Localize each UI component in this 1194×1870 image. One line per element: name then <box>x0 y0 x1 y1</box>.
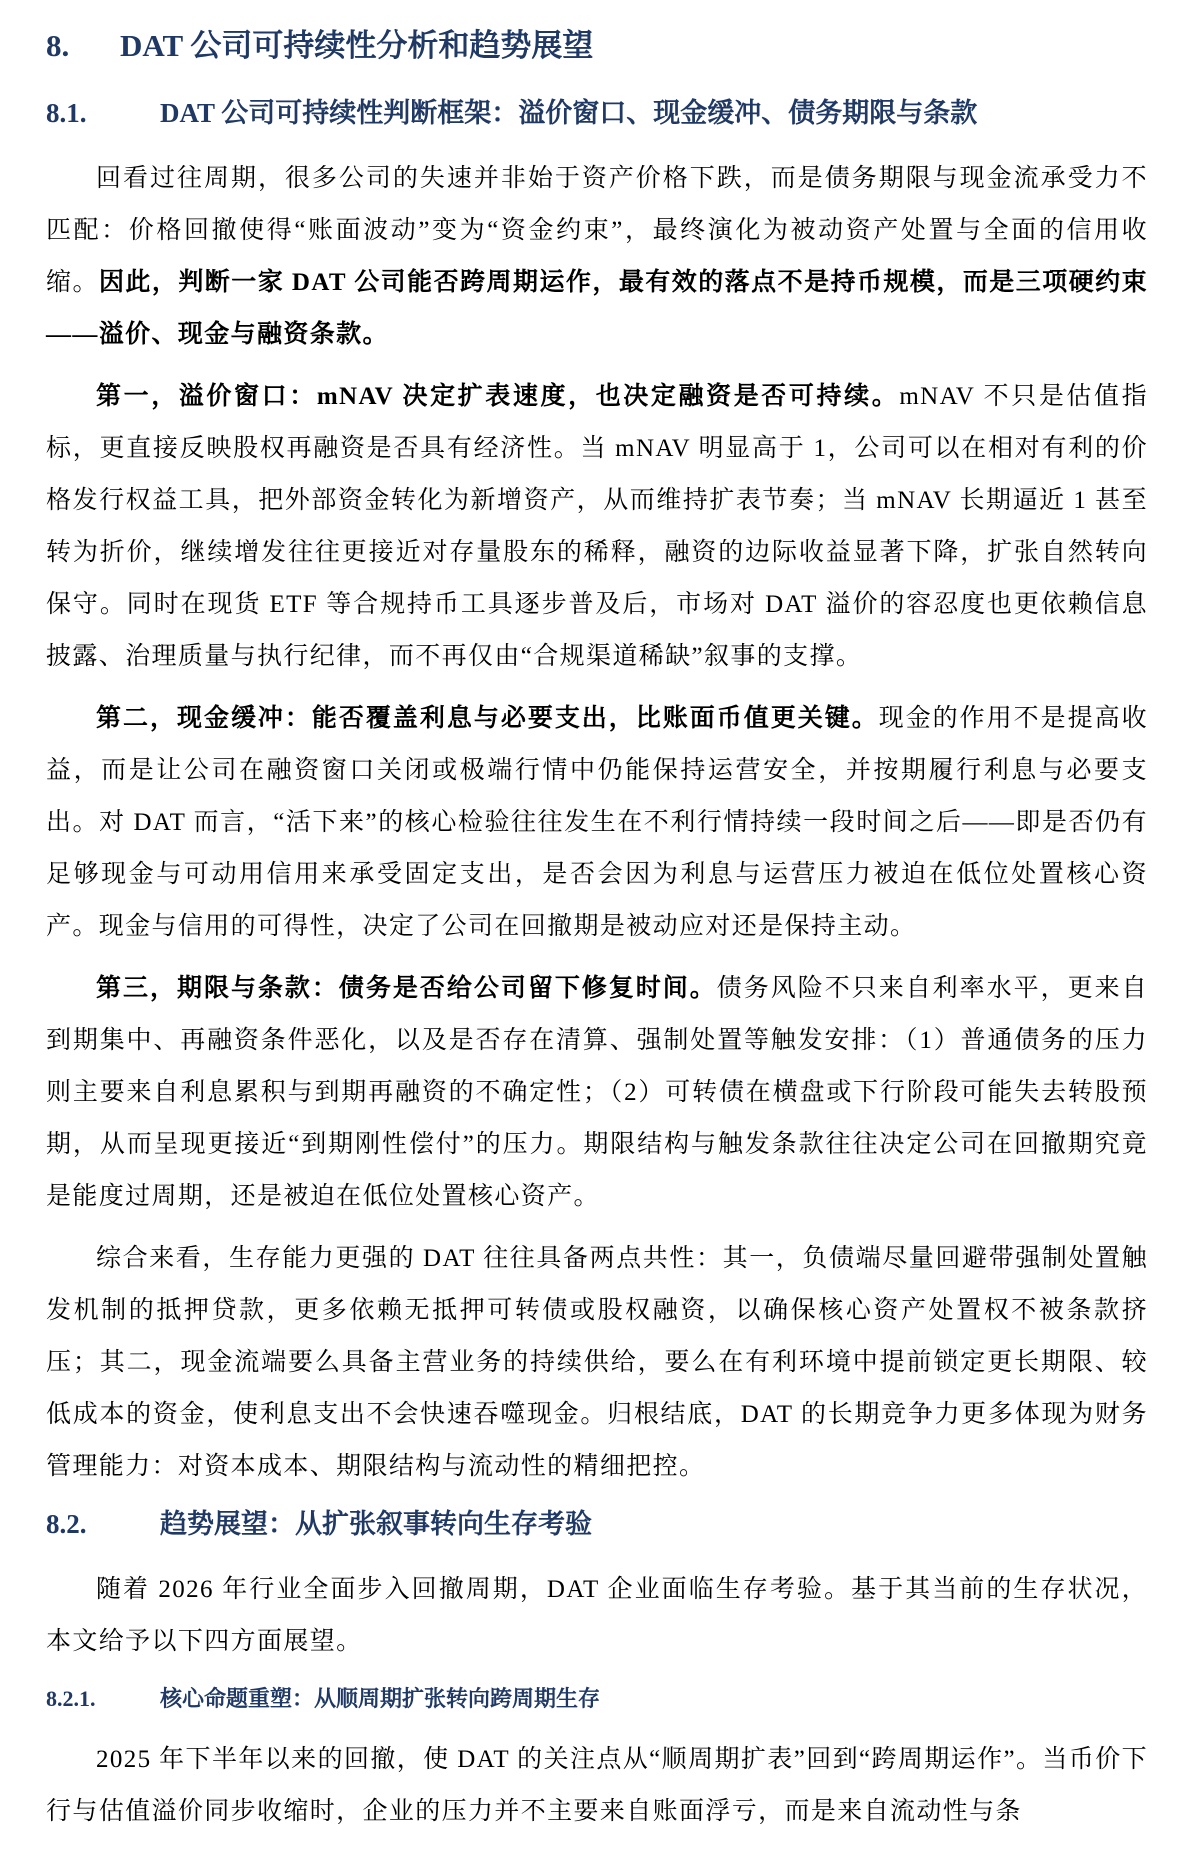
heading-number: 8.1. <box>46 96 160 131</box>
heading-8-1: 8.1.DAT 公司可持续性判断框架：溢价窗口、现金缓冲、债务期限与条款 <box>46 96 1148 131</box>
body-paragraph: 随着 2026 年行业全面步入回撤周期，DAT 企业面临生存考验。基于其当前的生… <box>46 1564 1148 1668</box>
heading-number: 8.2.1. <box>46 1684 160 1714</box>
heading-title: DAT 公司可持续性判断框架：溢价窗口、现金缓冲、债务期限与条款 <box>160 98 977 128</box>
heading-number: 8. <box>46 26 120 66</box>
body-paragraph: 综合来看，生存能力更强的 DAT 往往具备两点共性：其一，负债端尽量回避带强制处… <box>46 1233 1148 1493</box>
text-run: 债务风险不只来自利率水平，更来自到期集中、再融资条件恶化，以及是否存在清算、强制… <box>46 975 1148 1210</box>
document-page: 8.DAT 公司可持续性分析和趋势展望8.1.DAT 公司可持续性判断框架：溢价… <box>0 0 1194 1870</box>
body-paragraph: 第三，期限与条款：债务是否给公司留下修复时间。债务风险不只来自利率水平，更来自到… <box>46 963 1148 1223</box>
text-run: 2025 年下半年以来的回撤，使 DAT 的关注点从“顺周期扩表”回到“跨周期运… <box>46 1746 1148 1825</box>
text-run: 现金的作用不是提高收益，而是让公司在融资窗口关闭或极端行情中仍能保持运营安全，并… <box>46 705 1148 940</box>
bold-text-run: 因此，判断一家 DAT 公司能否跨周期运作，最有效的落点不是持币规模，而是三项硬… <box>46 269 1148 348</box>
document-body: 8.DAT 公司可持续性分析和趋势展望8.1.DAT 公司可持续性判断框架：溢价… <box>46 26 1148 1838</box>
heading-8-2: 8.2.趋势展望：从扩张叙事转向生存考验 <box>46 1507 1148 1542</box>
body-paragraph: 回看过往周期，很多公司的失速并非始于资产价格下跌，而是债务期限与现金流承受力不匹… <box>46 153 1148 361</box>
heading-title: DAT 公司可持续性分析和趋势展望 <box>120 28 593 63</box>
text-run: 随着 2026 年行业全面步入回撤周期，DAT 企业面临生存考验。基于其当前的生… <box>46 1576 1148 1655</box>
heading-8-2-1: 8.2.1.核心命题重塑：从顺周期扩张转向跨周期生存 <box>46 1684 1148 1714</box>
text-run: mNAV 不只是估值指标，更直接反映股权再融资是否具有经济性。当 mNAV 明显… <box>46 383 1148 670</box>
bold-text-run: 第一，溢价窗口：mNAV 决定扩表速度，也决定融资是否可持续。 <box>96 383 899 410</box>
text-run: 综合来看，生存能力更强的 DAT 往往具备两点共性：其一，负债端尽量回避带强制处… <box>46 1245 1148 1480</box>
bold-text-run: 第三，期限与条款：债务是否给公司留下修复时间。 <box>96 975 717 1002</box>
heading-title: 趋势展望：从扩张叙事转向生存考验 <box>160 1509 592 1539</box>
heading-title: 核心命题重塑：从顺周期扩张转向跨周期生存 <box>160 1686 600 1711</box>
body-paragraph: 2025 年下半年以来的回撤，使 DAT 的关注点从“顺周期扩表”回到“跨周期运… <box>46 1734 1148 1838</box>
heading-number: 8.2. <box>46 1507 160 1542</box>
heading-8: 8.DAT 公司可持续性分析和趋势展望 <box>46 26 1148 66</box>
bold-text-run: 第二，现金缓冲：能否覆盖利息与必要支出，比账面币值更关键。 <box>96 705 879 732</box>
body-paragraph: 第一，溢价窗口：mNAV 决定扩表速度，也决定融资是否可持续。mNAV 不只是估… <box>46 371 1148 683</box>
body-paragraph: 第二，现金缓冲：能否覆盖利息与必要支出，比账面币值更关键。现金的作用不是提高收益… <box>46 693 1148 953</box>
